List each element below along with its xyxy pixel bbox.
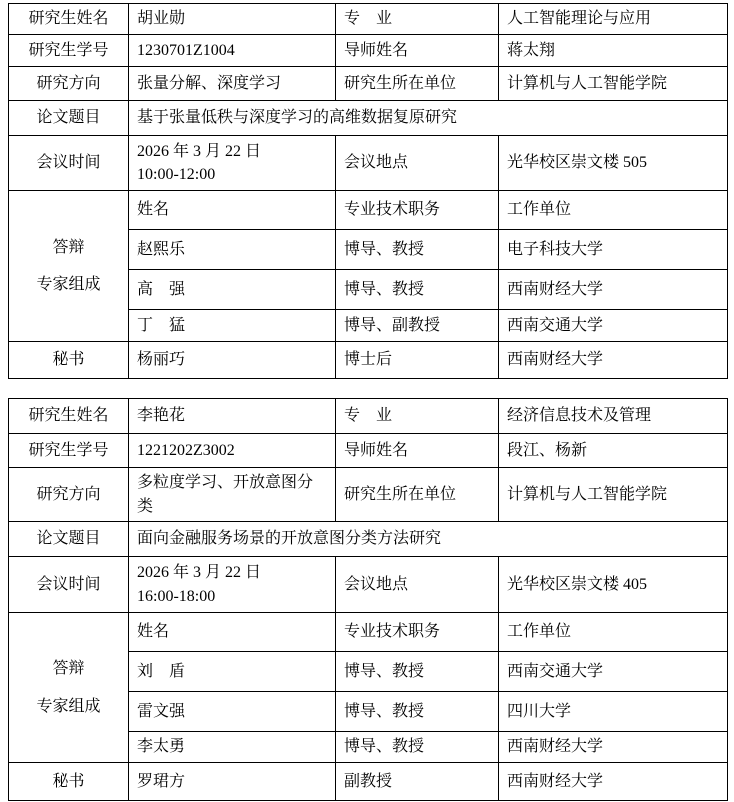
table-row: 研究生姓名 李艳花 专 业 经济信息技术及管理 [9, 399, 728, 434]
committee-header-unit: 工作单位 [499, 191, 728, 230]
committee-header-name: 姓名 [129, 191, 336, 230]
committee-member-unit: 西南财经大学 [499, 732, 728, 763]
student-name-label: 研究生姓名 [9, 399, 129, 434]
table-row: 秘书 罗珺方 副教授 西南财经大学 [9, 763, 728, 801]
meeting-time-label: 会议时间 [9, 136, 129, 191]
defense-table-1: 研究生姓名 胡业勋 专 业 人工智能理论与应用 研究生学号 1230701Z10… [8, 3, 728, 379]
student-name-label: 研究生姓名 [9, 4, 129, 35]
major-label: 专 业 [336, 399, 499, 434]
committee-member-name: 高 强 [129, 270, 336, 310]
major-value: 经济信息技术及管理 [499, 399, 728, 434]
secretary-label: 秘书 [9, 763, 129, 801]
thesis-title-label: 论文题目 [9, 101, 129, 136]
table-row: 秘书 杨丽巧 博士后 西南财经大学 [9, 342, 728, 379]
table-row: 会议时间 2026 年 3 月 22 日 10:00-12:00 会议地点 光华… [9, 136, 728, 191]
committee-header-title: 专业技术职务 [336, 613, 499, 652]
meeting-date-line: 2026 年 3 月 22 日 [137, 561, 327, 584]
secretary-name: 罗珺方 [129, 763, 336, 801]
research-direction-value: 张量分解、深度学习 [129, 67, 336, 101]
committee-label-line2: 专家组成 [11, 695, 126, 718]
committee-member-title: 博导、教授 [336, 652, 499, 692]
committee-member-name: 刘 盾 [129, 652, 336, 692]
thesis-title-value: 基于张量低秩与深度学习的高维数据复原研究 [129, 101, 728, 136]
advisor-value: 蒋太翔 [499, 35, 728, 67]
defense-table-2: 研究生姓名 李艳花 专 业 经济信息技术及管理 研究生学号 1221202Z30… [8, 398, 728, 801]
committee-member-unit: 西南财经大学 [499, 270, 728, 310]
secretary-label: 秘书 [9, 342, 129, 379]
committee-member-name: 雷文强 [129, 692, 336, 732]
committee-label: 答辩 专家组成 [9, 191, 129, 342]
meeting-hours-line: 10:00-12:00 [137, 163, 327, 186]
table-row: 答辩 专家组成 姓名 专业技术职务 工作单位 [9, 613, 728, 652]
meeting-place-label: 会议地点 [336, 557, 499, 613]
committee-header-unit: 工作单位 [499, 613, 728, 652]
committee-member-unit: 西南交通大学 [499, 310, 728, 342]
committee-member-title: 博导、教授 [336, 732, 499, 763]
committee-member-title: 博导、教授 [336, 230, 499, 270]
thesis-title-value: 面向金融服务场景的开放意图分类方法研究 [129, 522, 728, 557]
research-direction-value: 多粒度学习、开放意图分类 [129, 468, 336, 522]
meeting-place-value: 光华校区崇文楼 405 [499, 557, 728, 613]
student-name-value: 胡业勋 [129, 4, 336, 35]
student-id-value: 1230701Z1004 [129, 35, 336, 67]
student-name-value: 李艳花 [129, 399, 336, 434]
major-label: 专 业 [336, 4, 499, 35]
student-id-label: 研究生学号 [9, 35, 129, 67]
committee-member-title: 博导、教授 [336, 692, 499, 732]
committee-header-name: 姓名 [129, 613, 336, 652]
student-unit-label: 研究生所在单位 [336, 468, 499, 522]
table-row: 会议时间 2026 年 3 月 22 日 16:00-18:00 会议地点 光华… [9, 557, 728, 613]
student-id-label: 研究生学号 [9, 434, 129, 468]
student-unit-value: 计算机与人工智能学院 [499, 67, 728, 101]
committee-label-line1: 答辩 [11, 236, 126, 259]
meeting-place-label: 会议地点 [336, 136, 499, 191]
table-row: 论文题目 面向金融服务场景的开放意图分类方法研究 [9, 522, 728, 557]
student-unit-value: 计算机与人工智能学院 [499, 468, 728, 522]
committee-member-name: 赵熙乐 [129, 230, 336, 270]
meeting-time-value: 2026 年 3 月 22 日 10:00-12:00 [129, 136, 336, 191]
student-id-value: 1221202Z3002 [129, 434, 336, 468]
research-direction-label: 研究方向 [9, 468, 129, 522]
committee-member-unit: 四川大学 [499, 692, 728, 732]
table-row: 研究方向 张量分解、深度学习 研究生所在单位 计算机与人工智能学院 [9, 67, 728, 101]
secretary-unit: 西南财经大学 [499, 342, 728, 379]
table-row: 研究生姓名 胡业勋 专 业 人工智能理论与应用 [9, 4, 728, 35]
committee-member-name: 李太勇 [129, 732, 336, 763]
major-value: 人工智能理论与应用 [499, 4, 728, 35]
table-row: 研究方向 多粒度学习、开放意图分类 研究生所在单位 计算机与人工智能学院 [9, 468, 728, 522]
committee-member-unit: 西南交通大学 [499, 652, 728, 692]
committee-member-title: 博导、教授 [336, 270, 499, 310]
table-row: 论文题目 基于张量低秩与深度学习的高维数据复原研究 [9, 101, 728, 136]
meeting-date-line: 2026 年 3 月 22 日 [137, 140, 327, 163]
table-row: 研究生学号 1221202Z3002 导师姓名 段江、杨新 [9, 434, 728, 468]
meeting-place-value: 光华校区崇文楼 505 [499, 136, 728, 191]
committee-header-title: 专业技术职务 [336, 191, 499, 230]
secretary-unit: 西南财经大学 [499, 763, 728, 801]
committee-label: 答辩 专家组成 [9, 613, 129, 763]
advisor-label: 导师姓名 [336, 35, 499, 67]
thesis-title-label: 论文题目 [9, 522, 129, 557]
table-row: 研究生学号 1230701Z1004 导师姓名 蒋太翔 [9, 35, 728, 67]
student-unit-label: 研究生所在单位 [336, 67, 499, 101]
committee-label-line2: 专家组成 [11, 273, 126, 296]
secretary-title: 博士后 [336, 342, 499, 379]
committee-member-name: 丁 猛 [129, 310, 336, 342]
committee-label-line1: 答辩 [11, 657, 126, 680]
document-page: 研究生姓名 胡业勋 专 业 人工智能理论与应用 研究生学号 1230701Z10… [0, 3, 734, 802]
meeting-time-label: 会议时间 [9, 557, 129, 613]
advisor-value: 段江、杨新 [499, 434, 728, 468]
secretary-name: 杨丽巧 [129, 342, 336, 379]
table-row: 答辩 专家组成 姓名 专业技术职务 工作单位 [9, 191, 728, 230]
advisor-label: 导师姓名 [336, 434, 499, 468]
committee-member-title: 博导、副教授 [336, 310, 499, 342]
meeting-hours-line: 16:00-18:00 [137, 585, 327, 608]
secretary-title: 副教授 [336, 763, 499, 801]
meeting-time-value: 2026 年 3 月 22 日 16:00-18:00 [129, 557, 336, 613]
research-direction-label: 研究方向 [9, 67, 129, 101]
committee-member-unit: 电子科技大学 [499, 230, 728, 270]
